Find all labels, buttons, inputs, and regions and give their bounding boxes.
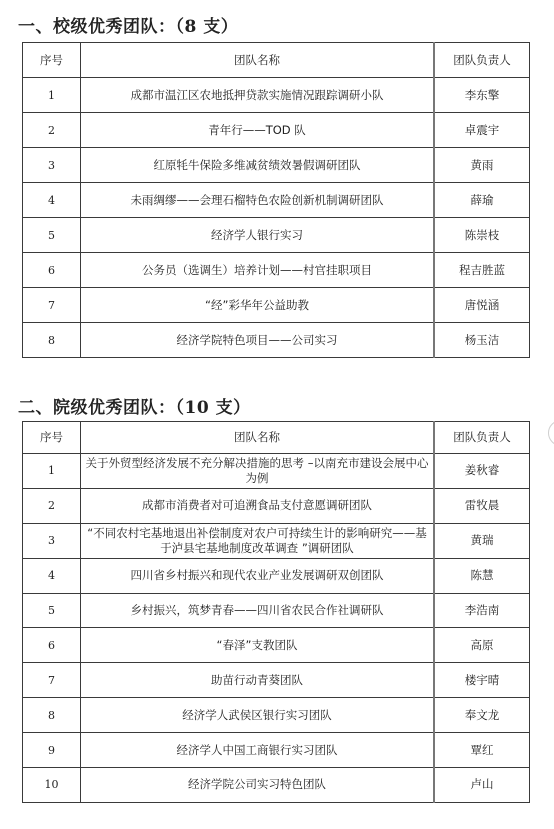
row-team-name: 助苗行动青葵团队 — [81, 663, 435, 698]
row-index: 5 — [23, 593, 81, 628]
row-team-name: 经济学人银行实习 — [81, 218, 435, 253]
table-row: 1关于外贸型经济发展不充分解决措施的思考 –以南充市建设会展中心为例姜秋睿 — [23, 454, 530, 489]
row-index: 1 — [23, 454, 81, 489]
table-header-row: 序号 团队名称 团队负责人 — [23, 422, 530, 454]
row-index: 8 — [23, 698, 81, 733]
table-row: 5经济学人银行实习陈崇枝 — [23, 218, 530, 253]
row-leader: 唐悦涵 — [434, 288, 530, 323]
table-row: 7“经”彩华年公益助教唐悦涵 — [23, 288, 530, 323]
table-row: 2青年行——TOD 队卓震宇 — [23, 113, 530, 148]
row-leader: 李浩南 — [434, 593, 530, 628]
row-leader: 覃红 — [434, 733, 530, 768]
header-index: 序号 — [23, 422, 81, 454]
header-index: 序号 — [23, 43, 81, 78]
row-index: 4 — [23, 183, 81, 218]
row-leader: 奉文龙 — [434, 698, 530, 733]
college-level-teams-table: 序号 团队名称 团队负责人 1关于外贸型经济发展不充分解决措施的思考 –以南充市… — [22, 421, 530, 803]
section-title-college-level: 二、院级优秀团队：（10 支） — [18, 393, 251, 418]
table-row: 3“不同农村宅基地退出补偿制度对农户可持续生计的影响研究——基于泸县宅基地制度改… — [23, 523, 530, 558]
row-index: 9 — [23, 733, 81, 768]
row-index: 6 — [23, 628, 81, 663]
table-row: 4未雨绸缪——会理石榴特色农险创新机制调研团队薛瑜 — [23, 183, 530, 218]
row-team-name: 红原牦牛保险多维减贫绩效暑假调研团队 — [81, 148, 435, 183]
row-team-name: “不同农村宅基地退出补偿制度对农户可持续生计的影响研究——基于泸县宅基地制度改革… — [81, 523, 435, 558]
row-leader: 楼宇晴 — [434, 663, 530, 698]
school-level-teams-table: 序号 团队名称 团队负责人 1成都市温江区农地抵押贷款实施情况跟踪调研小队李东擎… — [22, 42, 530, 358]
table-row: 9经济学人中国工商银行实习团队覃红 — [23, 733, 530, 768]
row-index: 2 — [23, 113, 81, 148]
row-leader: 卓震宇 — [434, 113, 530, 148]
row-index: 7 — [23, 288, 81, 323]
header-team-name: 团队名称 — [81, 43, 435, 78]
row-team-name: 四川省乡村振兴和现代农业产业发展调研双创团队 — [81, 558, 435, 593]
row-team-name: 经济学院特色项目——公司实习 — [81, 323, 435, 358]
row-team-name: 成都市温江区农地抵押贷款实施情况跟踪调研小队 — [81, 78, 435, 113]
row-index: 2 — [23, 488, 81, 523]
table-row: 5乡村振兴，筑梦青春——四川省农民合作社调研队李浩南 — [23, 593, 530, 628]
row-index: 1 — [23, 78, 81, 113]
header-leader: 团队负责人 — [434, 422, 530, 454]
table-row: 6公务员（选调生）培养计划——村官挂职项目程吉胜蓝 — [23, 253, 530, 288]
section-title-school-level: 一、校级优秀团队：（8 支） — [18, 12, 238, 37]
row-index: 3 — [23, 523, 81, 558]
row-index: 4 — [23, 558, 81, 593]
row-leader: 姜秋睿 — [434, 454, 530, 489]
table-row: 4四川省乡村振兴和现代农业产业发展调研双创团队陈慧 — [23, 558, 530, 593]
row-index: 7 — [23, 663, 81, 698]
table-row: 8经济学人武侯区银行实习团队奉文龙 — [23, 698, 530, 733]
floating-circle-button[interactable] — [548, 420, 554, 446]
row-leader: 程吉胜蓝 — [434, 253, 530, 288]
row-index: 3 — [23, 148, 81, 183]
table-row: 1成都市温江区农地抵押贷款实施情况跟踪调研小队李东擎 — [23, 78, 530, 113]
table-row: 6“春泽”支教团队高原 — [23, 628, 530, 663]
row-leader: 黄瑞 — [434, 523, 530, 558]
row-team-name: “春泽”支教团队 — [81, 628, 435, 663]
row-index: 8 — [23, 323, 81, 358]
row-team-name: “经”彩华年公益助教 — [81, 288, 435, 323]
table-row: 8经济学院特色项目——公司实习杨玉洁 — [23, 323, 530, 358]
table-row: 2成都市消费者对可追溯食品支付意愿调研团队雷牧晨 — [23, 488, 530, 523]
row-team-name: 青年行——TOD 队 — [81, 113, 435, 148]
row-team-name: 经济学人中国工商银行实习团队 — [81, 733, 435, 768]
table-row: 3红原牦牛保险多维减贫绩效暑假调研团队黄雨 — [23, 148, 530, 183]
row-team-name: 公务员（选调生）培养计划——村官挂职项目 — [81, 253, 435, 288]
row-leader: 卢山 — [434, 768, 530, 803]
table-header-row: 序号 团队名称 团队负责人 — [23, 43, 530, 78]
row-leader: 薛瑜 — [434, 183, 530, 218]
row-leader: 李东擎 — [434, 78, 530, 113]
row-index: 5 — [23, 218, 81, 253]
row-team-name: 成都市消费者对可追溯食品支付意愿调研团队 — [81, 488, 435, 523]
row-leader: 杨玉洁 — [434, 323, 530, 358]
row-leader: 雷牧晨 — [434, 488, 530, 523]
row-team-name: 经济学人武侯区银行实习团队 — [81, 698, 435, 733]
row-leader: 黄雨 — [434, 148, 530, 183]
row-index: 6 — [23, 253, 81, 288]
row-leader: 高原 — [434, 628, 530, 663]
table-row: 7助苗行动青葵团队楼宇晴 — [23, 663, 530, 698]
header-leader: 团队负责人 — [434, 43, 530, 78]
header-team-name: 团队名称 — [81, 422, 435, 454]
row-team-name: 乡村振兴，筑梦青春——四川省农民合作社调研队 — [81, 593, 435, 628]
row-team-name: 经济学院公司实习特色团队 — [81, 768, 435, 803]
row-index: 10 — [23, 768, 81, 803]
row-leader: 陈慧 — [434, 558, 530, 593]
row-team-name: 关于外贸型经济发展不充分解决措施的思考 –以南充市建设会展中心为例 — [81, 454, 435, 489]
row-team-name: 未雨绸缪——会理石榴特色农险创新机制调研团队 — [81, 183, 435, 218]
row-leader: 陈崇枝 — [434, 218, 530, 253]
table-row: 10经济学院公司实习特色团队卢山 — [23, 768, 530, 803]
